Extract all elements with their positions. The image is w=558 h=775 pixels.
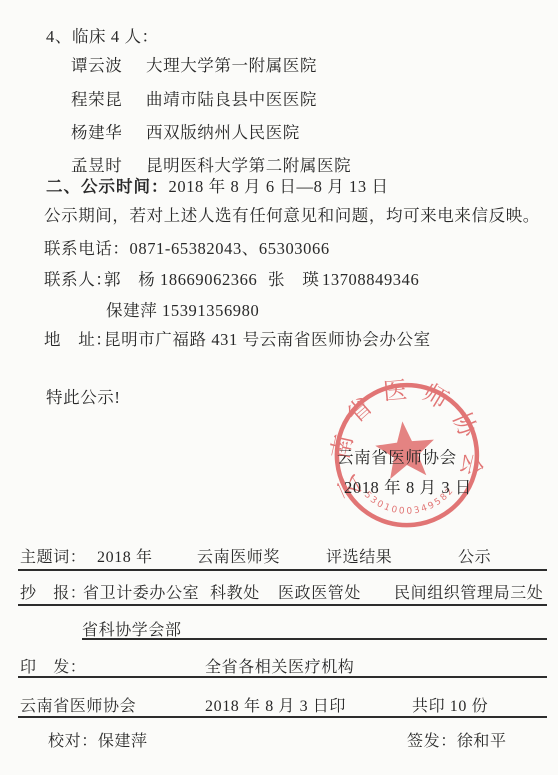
proofreader-line: 校对：保建萍 xyxy=(48,732,148,752)
subject-label: 主题词： xyxy=(20,548,86,568)
phone-value: 0871-65382043、65303066 xyxy=(130,239,330,258)
awardee-hospital: 大理大学第一附属医院 xyxy=(146,56,317,76)
print-label: 印 发： xyxy=(20,658,86,678)
awardee-hospital: 曲靖市陆良县中医医院 xyxy=(146,90,317,110)
contact2-name: 张 瑛 xyxy=(268,270,319,290)
copy-to-item: 省卫计委办公室 xyxy=(83,584,199,604)
awardee-name: 谭云波 xyxy=(71,56,122,76)
copy-to-item: 民间组织管理局三处 xyxy=(394,584,543,604)
contact2-phone: 13708849346 xyxy=(322,270,419,290)
subject-term: 公示 xyxy=(458,548,491,568)
divider-line xyxy=(18,716,547,718)
publicity-period-line: 二、公示时间：2018 年 8 月 6 日—8 月 13 日 xyxy=(46,177,389,197)
signer-line: 签发：徐和平 xyxy=(407,732,507,752)
publicity-period-value: 2018 年 8 月 6 日—8 月 13 日 xyxy=(169,177,389,196)
proofreader-label: 校对： xyxy=(48,733,98,750)
proofreader-name: 保建萍 xyxy=(98,733,148,750)
contact1-name: 郭 杨 xyxy=(104,270,155,290)
awardee-hospital: 昆明医科大学第二附属医院 xyxy=(146,156,351,176)
address-label: 地 址： xyxy=(44,330,112,350)
address-value: 昆明市广福路 431 号云南省医师协会办公室 xyxy=(104,330,431,350)
issuer-org: 云南省医师协会 xyxy=(20,697,136,717)
publicity-period-label: 二、公示时间： xyxy=(46,178,169,196)
feedback-paragraph: 公示期间，若对上述人选有任何意见和问题，均可来电来信反映。 xyxy=(44,206,540,226)
signature-org: 云南省医师协会 xyxy=(337,448,457,468)
contact3-name: 保建萍 xyxy=(106,301,157,321)
subject-term: 2018 年 xyxy=(97,548,153,568)
announcement-document: 4、临床 4 人： 谭云波 大理大学第一附属医院 程荣昆 曲靖市陆良县中医医院 … xyxy=(0,0,558,775)
copy-to-item: 医政医管处 xyxy=(278,584,361,604)
divider-line xyxy=(18,604,547,606)
awardee-hospital: 西双版纳州人民医院 xyxy=(146,123,300,143)
clinical-heading: 4、临床 4 人： xyxy=(46,27,159,47)
copy-to-item: 科教处 xyxy=(210,584,260,604)
contact-label: 联系人： xyxy=(44,270,112,290)
copies-count: 共印 10 份 xyxy=(412,697,488,717)
closing-statement: 特此公示! xyxy=(46,388,121,408)
signer-label: 签发： xyxy=(407,733,457,750)
copy-to-label: 抄 报： xyxy=(20,584,86,604)
awardee-name: 孟昱时 xyxy=(71,156,122,176)
phone-line: 联系电话：0871-65382043、65303066 xyxy=(44,239,330,259)
print-date: 2018 年 8 月 3 日印 xyxy=(205,697,346,717)
contact3-phone: 15391356980 xyxy=(162,301,259,321)
subject-term: 云南医师奖 xyxy=(197,548,280,568)
signer-name: 徐和平 xyxy=(457,733,507,750)
subject-term: 评选结果 xyxy=(326,548,392,568)
divider-line xyxy=(18,676,547,678)
print-value: 全省各相关医疗机构 xyxy=(205,658,354,678)
divider-line xyxy=(82,638,547,640)
divider-line xyxy=(18,569,547,571)
contact1-phone: 18669062366 xyxy=(160,270,257,290)
phone-label: 联系电话： xyxy=(44,239,130,258)
awardee-name: 杨建华 xyxy=(71,123,122,143)
awardee-name: 程荣昆 xyxy=(71,90,122,110)
signature-date: 2018 年 8 月 3 日 xyxy=(344,478,472,498)
